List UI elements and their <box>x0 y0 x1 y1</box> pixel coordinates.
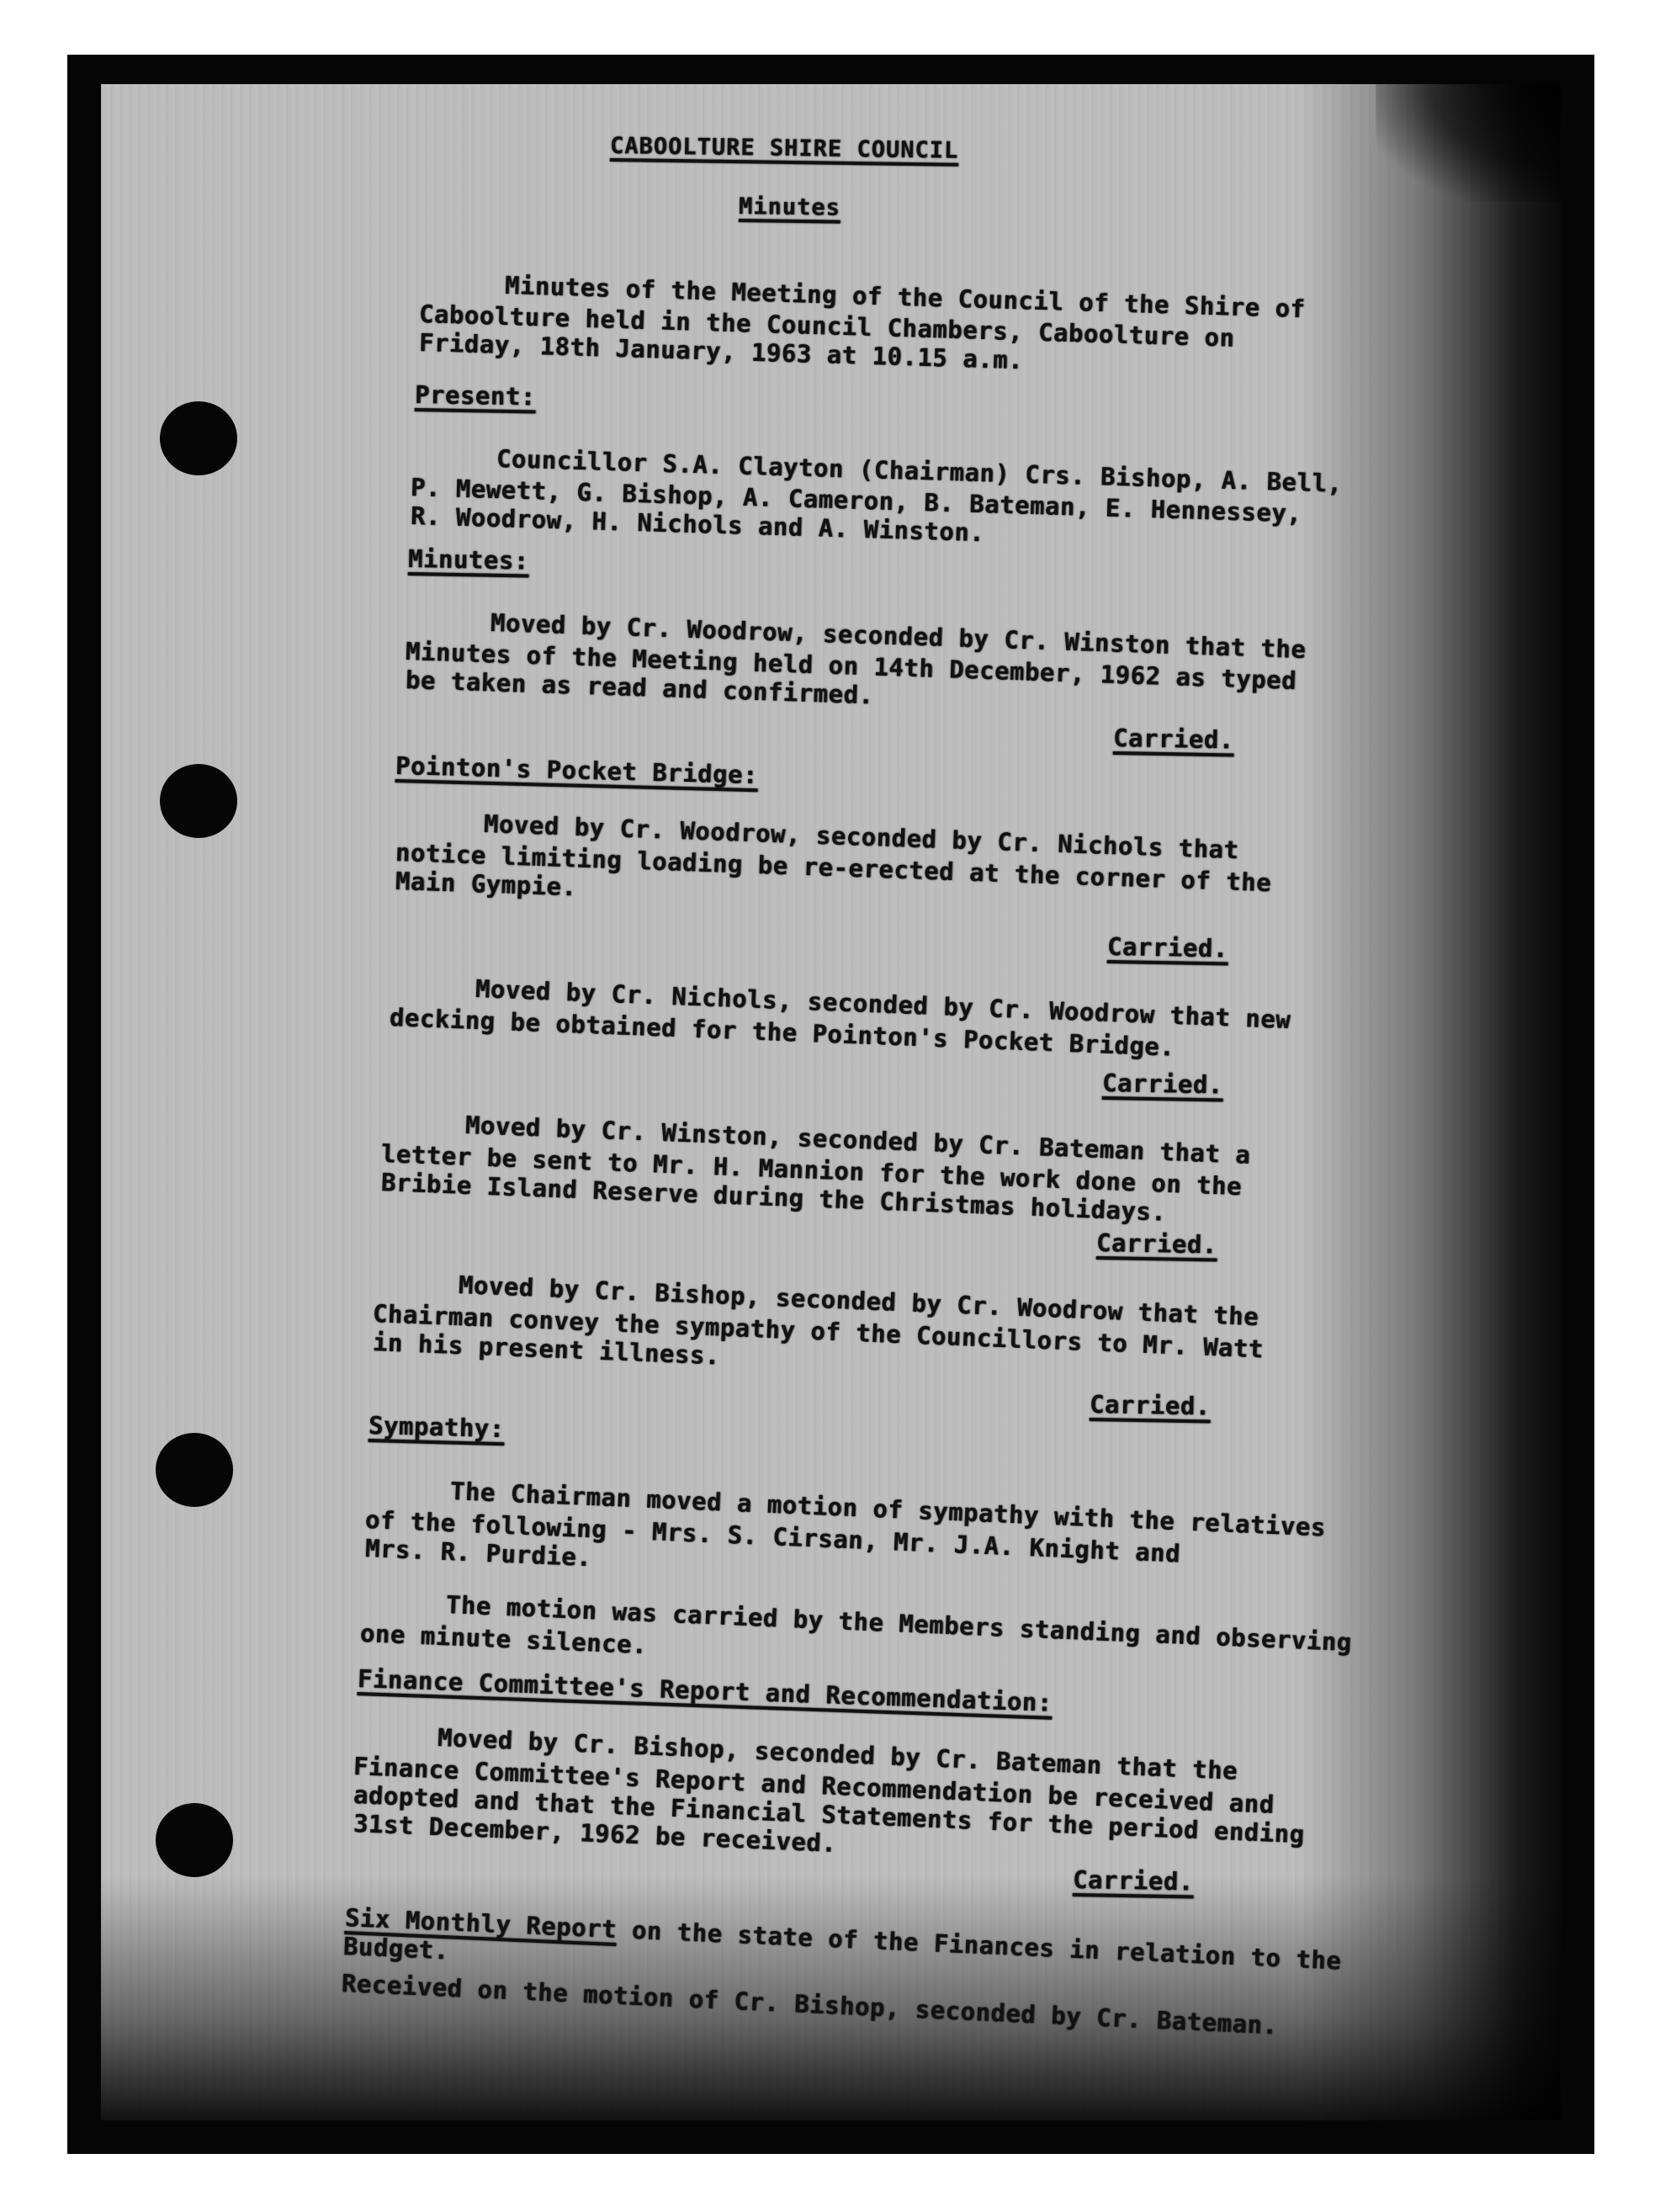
council-name: CABOOLTURE SHIRE COUNCIL <box>610 133 959 164</box>
section-heading-present: Present: <box>415 380 536 411</box>
bridge-motion-result: Carried. <box>1096 1228 1217 1260</box>
document-heading: Minutes <box>739 194 841 221</box>
scan-frame: CABOOLTURE SHIRE COUNCIL Minutes Minutes… <box>67 55 1594 2154</box>
section-heading-finance: Finance Committee's Report and Recommend… <box>357 1664 1053 1717</box>
minutes-result: Carried. <box>1113 724 1234 755</box>
six-monthly-line: Received on the motion of Cr. Bishop, se… <box>341 1969 1278 2040</box>
document-page: CABOOLTURE SHIRE COUNCIL Minutes Minutes… <box>101 84 1561 2120</box>
bridge-motion-line: Main Gympie. <box>395 867 577 902</box>
six-monthly-line: Budget. <box>342 1932 449 1965</box>
section-heading-sympathy: Sympathy: <box>369 1411 505 1443</box>
bridge-motion-result: Carried. <box>1102 1069 1223 1100</box>
section-heading-bridge: Pointon's Pocket Bridge: <box>395 751 759 789</box>
finance-result: Carried. <box>1073 1865 1194 1896</box>
section-heading-minutes: Minutes: <box>408 544 529 576</box>
six-monthly-heading-rest: on the state of the Finances in relation… <box>616 1915 1342 1976</box>
typed-text: CABOOLTURE SHIRE COUNCIL Minutes Minutes… <box>101 84 1561 2120</box>
bridge-motion-result: Carried. <box>1090 1390 1211 1421</box>
six-monthly-line: Six Monthly Report on the state of the F… <box>344 1903 1342 1976</box>
bridge-motion-result: Carried. <box>1107 932 1228 963</box>
